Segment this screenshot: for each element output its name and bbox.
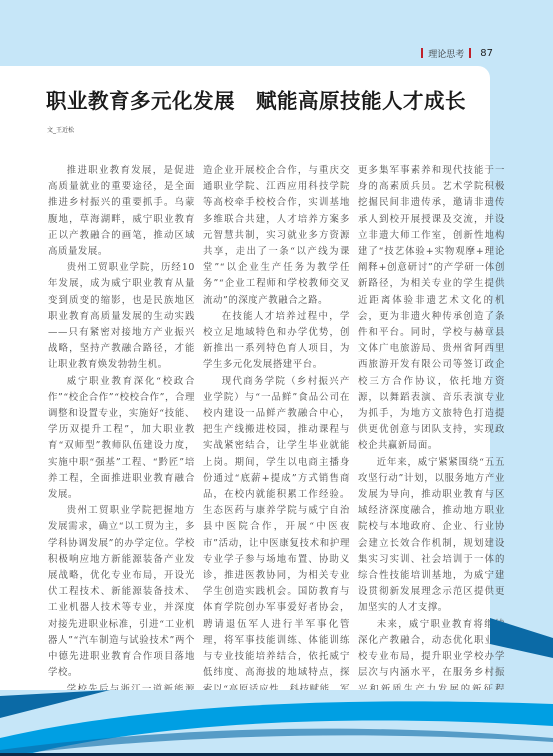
paragraph-continued: 造企业开展校企合作，与重庆交通职业学院、江西应用科技学院等高校牵手校校合作，实训… bbox=[203, 163, 350, 309]
paragraph: 威宁职业教育深化“校政合作”“校企合作”“校校合作”，合理调整和设置专业，实施好… bbox=[48, 374, 195, 504]
article-title: 职业教育多元化发展 赋能高原技能人才成长 bbox=[46, 84, 486, 114]
paragraph: 推进职业教育发展，是促进高质量就业的重要途径，是全面推进乡村振兴的重要抓手。乌蒙… bbox=[48, 163, 195, 260]
paragraph: 贵州工贸职业学院，历经10年发展，成为威宁职业教育从量变到质变的缩影，也是民族地… bbox=[48, 260, 195, 373]
paragraph: 近年来，威宁紧紧围绕“五五攻坚行动”计划，以服务地方产业发展为导向，推动职业教育… bbox=[358, 455, 505, 617]
header-bar-left bbox=[421, 48, 423, 58]
header-bar-right bbox=[469, 48, 471, 58]
running-header: 理论思考 87 bbox=[421, 46, 493, 60]
text-column-1: 推进职业教育发展，是促进高质量就业的重要途径，是全面推进乡村振兴的重要抓手。乌蒙… bbox=[48, 163, 195, 730]
text-column-2: 造企业开展校企合作，与重庆交通职业学院、江西应用科技学院等高校牵手校校合作，实训… bbox=[203, 163, 350, 730]
paragraph: 在技能人才培养过程中，学校立足地域特色和办学优势，创新推出一系列特色育人项目，为… bbox=[203, 309, 350, 374]
text-column-3: 更多集军事素养和现代技能于一身的高素质兵员。艺术学院积极挖掘民间非遗传承，邀请非… bbox=[358, 163, 505, 746]
page-number: 87 bbox=[480, 48, 493, 59]
paragraph: 贵州工贸职业学院把握地方发展需求，确立“以工贸为主，多学科协调发展”的办学定位。… bbox=[48, 503, 195, 681]
paragraph: 现代商务学院（乡村振兴产业学院）与“一品鲜”食品公司在校内建设一品鲜产教融合中心… bbox=[203, 374, 350, 730]
decorative-band bbox=[490, 600, 553, 690]
paragraph-continued: 更多集军事素养和现代技能于一身的高素质兵员。艺术学院积极挖掘民间非遗传承，邀请非… bbox=[358, 163, 505, 455]
section-label: 理论思考 bbox=[428, 47, 464, 60]
decorative-waves bbox=[0, 690, 553, 756]
byline: 文_王近松 bbox=[47, 125, 74, 134]
